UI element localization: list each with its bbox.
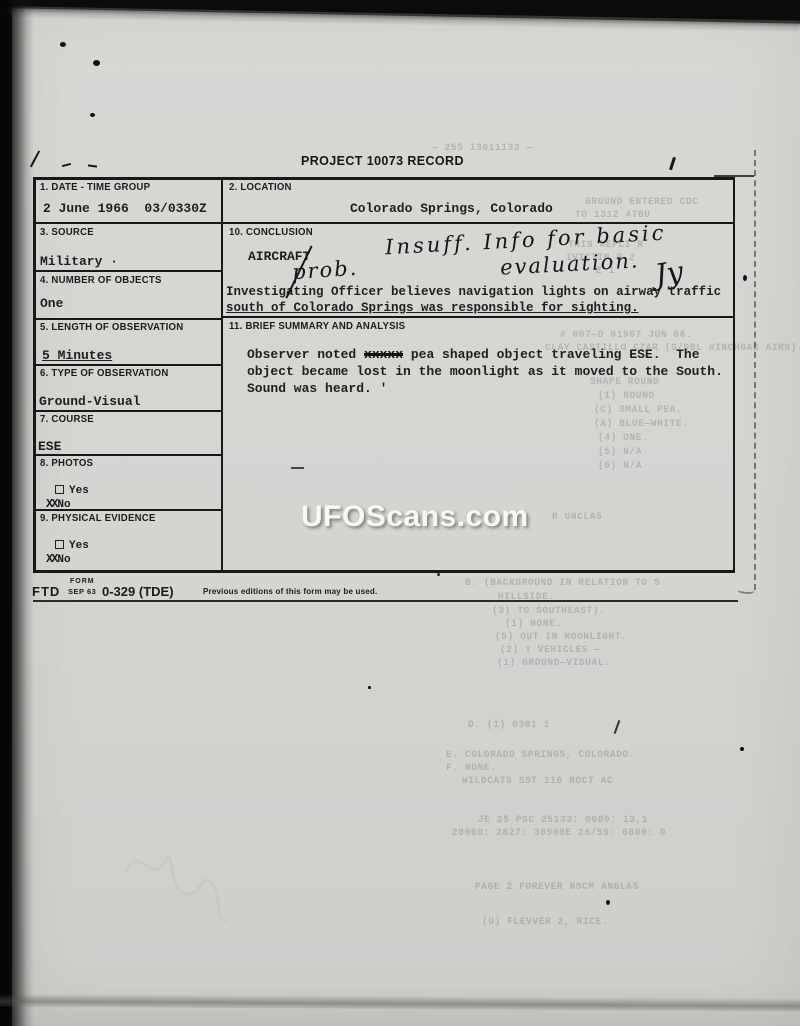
bleedthrough-line: 20060: 2827: 30900E 26/59: 6000: 0 <box>452 827 666 839</box>
field-label-physical-evidence: 9. PHYSICAL EVIDENCE <box>40 513 156 524</box>
bleedthrough-line: (5) OUT IN MOONLIGHT. <box>495 631 627 643</box>
bleedthrough-line: JE 25 PSC 25133: 6080: 13,1 <box>478 814 648 826</box>
checkbox-yes <box>55 540 64 549</box>
field-label-location: 2. LOCATION <box>229 182 292 193</box>
field-value-date-time-group: 2 June 1966 03/0330Z <box>43 201 207 216</box>
physical-evidence-yes-row: Yes <box>55 540 89 552</box>
footer-rule <box>33 600 738 602</box>
table-border-right <box>733 177 735 572</box>
form-title: PROJECT 10073 RECORD <box>301 154 464 168</box>
bleedthrough-line: (C) SMALL PEA. <box>594 404 682 416</box>
handwritten-initials: Jy <box>653 254 685 292</box>
field-value-course: ESE <box>38 439 61 454</box>
conclusion-note-line2: south of Colorado Springs was responsibl… <box>226 301 639 315</box>
field-label-course: 7. COURSE <box>40 414 94 425</box>
bleedthrough-line: (2) Y VEHICLES — <box>500 644 601 656</box>
scanned-document-page: — 255 13611133 —GROUND ENTERED CDCTO 131… <box>0 0 800 1026</box>
ink-speck <box>93 60 100 66</box>
footer-form-date: SEP 63 <box>68 587 96 596</box>
field-label-number-of-objects: 4. NUMBER OF OBJECTS <box>40 275 162 286</box>
physical-evidence-no-row: XXNo <box>46 552 71 566</box>
table-border-left <box>33 177 36 572</box>
ink-speck <box>743 275 747 281</box>
bleedthrough-line: (3) TO SOUTHEAST). <box>492 605 605 617</box>
checkbox-no-x-mark: XX <box>46 497 56 511</box>
bleedthrough-line: # 007—D 01967 JUN 66. <box>560 329 692 341</box>
photos-no-label: No <box>57 499 70 511</box>
pencil-vertical-line <box>754 150 756 590</box>
conclusion-note-line1: Investigating Officer believes navigatio… <box>226 285 721 299</box>
bleedthrough-line: PAGE 2 FOREVER NSCM ANGLAS <box>475 881 639 893</box>
row-divider <box>33 364 223 366</box>
field-label-brief-summary: 11. BRIEF SUMMARY AND ANALYSIS <box>229 321 405 332</box>
bleedthrough-line: (1) GROUND—VISUAL. <box>497 657 610 669</box>
field-label-type-of-observation: 6. TYPE OF OBSERVATION <box>40 368 169 379</box>
bleedthrough-line: (4) ONE. <box>598 432 648 444</box>
checkbox-yes <box>55 485 64 494</box>
field-label-source: 3. SOURCE <box>40 227 94 238</box>
field-value-location: Colorado Springs, Colorado <box>350 201 553 216</box>
ink-speck <box>90 113 95 117</box>
photos-no-row: XXNo <box>46 497 71 511</box>
summary-line3: Sound was heard. ' <box>247 381 387 396</box>
row-divider <box>33 410 223 412</box>
field-value-length-of-observation: 5 Minutes <box>42 348 112 363</box>
physical-evidence-yes-label: Yes <box>69 540 89 552</box>
row-divider <box>33 270 223 272</box>
bleedthrough-line: B. (BACKGROUND IN RELATION TO S <box>465 577 660 589</box>
stray-dash <box>291 467 304 469</box>
bleedthrough-line: R UNCLAS <box>552 511 602 523</box>
bleedthrough-line: (1) NONE. <box>505 618 562 630</box>
faint-handwriting-impression <box>108 832 258 942</box>
row-divider <box>33 454 223 456</box>
field-value-number-of-objects: One <box>40 296 63 311</box>
field-value-source: Military · <box>40 254 118 269</box>
border-extension-dash <box>714 175 754 177</box>
field-value-type-of-observation: Ground-Visual <box>39 394 140 409</box>
table-border-bottom <box>33 570 735 573</box>
ink-speck <box>368 686 371 689</box>
bleedthrough-line: (A) BLUE—WHITE. <box>594 418 689 430</box>
table-border-top <box>33 177 735 180</box>
bleedthrough-line: TO 1312 4TBU <box>575 209 651 221</box>
photos-yes-label: Yes <box>69 485 89 497</box>
bleedthrough-line: WILDCATS SST 110 ROCT AC <box>462 775 613 787</box>
footer-form-word: FORM <box>70 578 95 585</box>
footer-form-number: 0-329 (TDE) <box>102 584 174 599</box>
row-divider <box>33 222 223 224</box>
photos-yes-row: Yes <box>55 485 89 497</box>
summary-line1-pre: Observer noted <box>247 347 364 362</box>
handwritten-conclusion-qualifier: prob. <box>291 256 359 285</box>
row-divider <box>221 316 735 318</box>
table-column-divider <box>221 177 223 572</box>
summary-line1: Observer noted xxxxx pea shaped object t… <box>247 347 700 362</box>
ink-speck <box>740 747 744 751</box>
footer-agency: FTD <box>32 584 60 599</box>
field-label-conclusion: 10. CONCLUSION <box>229 227 313 238</box>
bleedthrough-line: E. COLORADO SPRINGS, COLORADO. <box>446 749 635 761</box>
ink-speck <box>60 42 66 47</box>
bleedthrough-line: (1) ROUND <box>598 390 655 402</box>
bleedthrough-line: (U) FLEVVER 2, RICE. <box>482 916 608 928</box>
bleedthrough-line: (5) N/A <box>598 446 642 458</box>
footer-note: Previous editions of this form may be us… <box>203 587 377 596</box>
bleedthrough-line: F. NONE. <box>446 762 496 774</box>
bleedthrough-line: GROUND ENTERED CDC <box>585 196 698 208</box>
bleedthrough-line: (6) N/A <box>598 460 642 472</box>
summary-line2: object became lost in the moonlight as i… <box>247 364 723 379</box>
field-label-length-of-observation: 5. LENGTH OF OBSERVATION <box>40 322 183 333</box>
physical-evidence-no-label: No <box>57 554 70 566</box>
watermark: UFOScans.com <box>301 500 529 534</box>
row-divider <box>33 318 223 320</box>
ink-speck <box>437 573 440 576</box>
ink-speck <box>606 900 610 905</box>
summary-line1-post: pea shaped object traveling ESE. The <box>403 347 699 362</box>
summary-struck-word: xxxxx <box>364 347 403 362</box>
bleedthrough-line: — 255 13611133 — <box>432 142 533 154</box>
checkbox-no-x-mark: XX <box>46 552 56 566</box>
field-label-date-time-group: 1. DATE - TIME GROUP <box>40 182 150 193</box>
field-label-photos: 8. PHOTOS <box>40 458 93 469</box>
bleedthrough-line: D. (1) 0301 1 <box>468 719 550 731</box>
